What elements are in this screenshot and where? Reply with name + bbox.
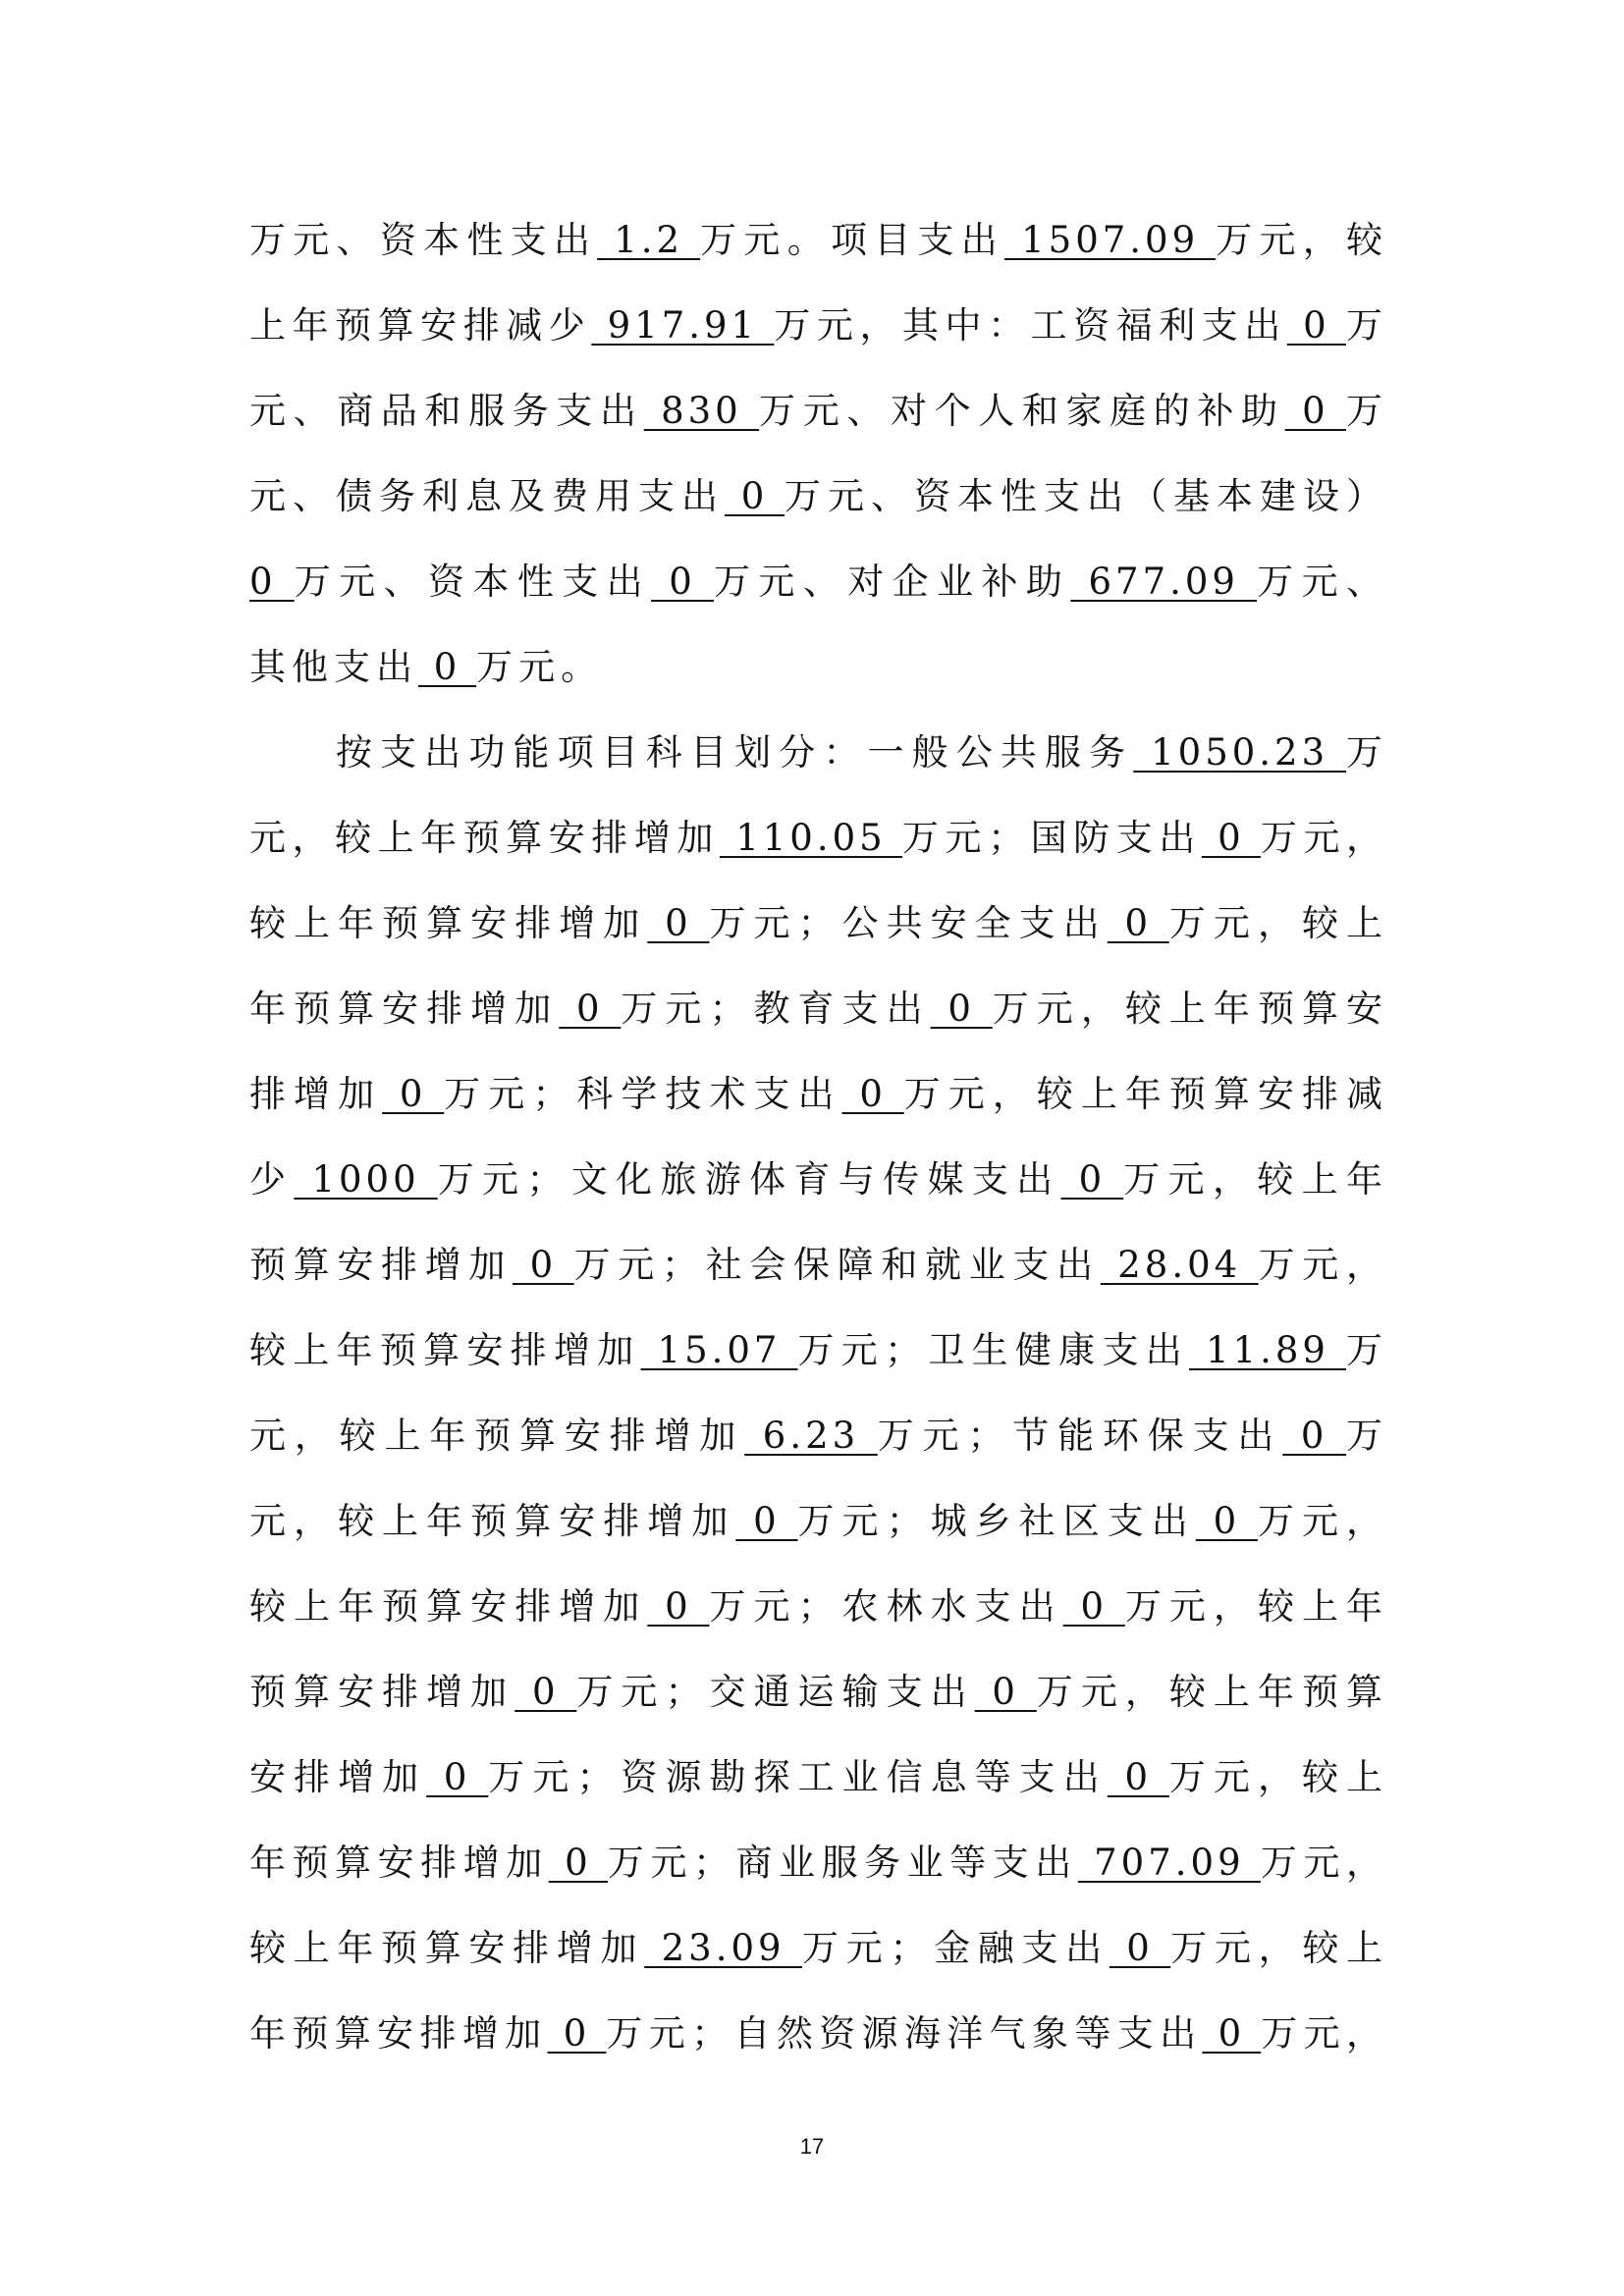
text-segment: 万元，其中：工资福利支出 xyxy=(774,304,1286,347)
underlined-amount: 0 xyxy=(382,1073,444,1115)
underlined-amount: 0 xyxy=(725,475,785,517)
text-segment: 万元、 xyxy=(1257,561,1388,603)
text-segment: 元，较上年预算安排增加 xyxy=(249,817,720,859)
underlined-amount: 6.23 xyxy=(744,1415,878,1457)
text-segment: 较上年预算安排增加 xyxy=(249,902,647,944)
text-line: 年预算安排增加 0 万元；教育支出 0 万元，较上年预算安 xyxy=(249,987,1388,1072)
underlined-amount: 0 xyxy=(651,561,714,603)
text-segment: 少 xyxy=(249,1158,294,1201)
text-segment: 万元；商业服务业等支出 xyxy=(608,1842,1078,1884)
underlined-amount: 0 xyxy=(514,1671,576,1713)
text-line: 0 万元、资本性支出 0 万元、对企业补助 677.09 万元、 xyxy=(249,560,1388,645)
text-segment: 年预算安排增加 xyxy=(249,1842,549,1884)
text-segment: 万 xyxy=(1346,304,1388,347)
text-segment: 万元。项目支出 xyxy=(700,219,1004,261)
text-segment: 万元；交通运输支出 xyxy=(576,1671,974,1713)
underlined-amount: 0 xyxy=(1108,902,1169,944)
text-segment: 万元，较上年预算安排减 xyxy=(904,1073,1388,1115)
text-segment: 万 xyxy=(1346,731,1388,774)
text-line: 元、债务利息及费用支出 0 万元、资本性支出（基本建设） xyxy=(249,474,1388,560)
underlined-amount: 110.05 xyxy=(720,817,902,859)
underlined-amount: 0 xyxy=(548,2012,607,2055)
text-line: 少 1000 万元；文化旅游体育与传媒支出 0 万元，较上年 xyxy=(249,1157,1388,1243)
text-line: 元，较上年预算安排增加 110.05 万元；国防支出 0 万元， xyxy=(249,816,1388,901)
text-segment: 万 xyxy=(1346,390,1388,432)
text-segment: 万元；公共安全支出 xyxy=(709,902,1107,944)
text-line: 年预算安排增加 0 万元；商业服务业等支出 707.09 万元， xyxy=(249,1841,1388,1926)
underlined-amount: 0 xyxy=(647,902,709,944)
text-segment: 万元、对个人和家庭的补助 xyxy=(759,390,1285,432)
text-line: 元，较上年预算安排增加 0 万元；城乡社区支出 0 万元， xyxy=(249,1499,1388,1584)
underlined-amount: 830 xyxy=(644,390,759,432)
document-page: 万元、资本性支出 1.2 万元。项目支出 1507.09 万元，较上年预算安排减… xyxy=(0,0,1624,2296)
text-segment: 元，较上年预算安排增加 xyxy=(249,1415,744,1457)
text-line: 排增加 0 万元；科学技术支出 0 万元，较上年预算安排减 xyxy=(249,1072,1388,1157)
paragraph-first-line: 按支出功能项目科目划分：一般公共服务 1050.23 万 xyxy=(249,730,1388,816)
text-segment: 较上年预算安排增加 xyxy=(249,1927,644,1969)
underlined-amount: 28.04 xyxy=(1101,1244,1259,1286)
underlined-amount: 0 xyxy=(1061,1158,1124,1201)
underlined-amount: 0 xyxy=(735,1500,797,1542)
text-line: 较上年预算安排增加 0 万元；公共安全支出 0 万元，较上 xyxy=(249,901,1388,987)
text-segment: 万元，较上 xyxy=(1169,1756,1388,1798)
text-segment: 万元， xyxy=(1261,1842,1388,1884)
underlined-amount: 0 xyxy=(1287,304,1346,347)
text-line: 上年预算安排减少 917.91 万元，其中：工资福利支出 0 万 xyxy=(249,303,1388,389)
text-line: 较上年预算安排增加 23.09 万元；金融支出 0 万元，较上 xyxy=(249,1926,1388,2011)
text-segment: 按支出功能项目科目划分：一般公共服务 xyxy=(336,731,1133,774)
text-segment: 万元；社会保障和就业支出 xyxy=(574,1244,1101,1286)
underlined-amount: 0 xyxy=(931,988,993,1030)
document-body: 万元、资本性支出 1.2 万元。项目支出 1507.09 万元，较上年预算安排减… xyxy=(249,218,1388,2097)
underlined-amount: 23.09 xyxy=(644,1927,802,1969)
underlined-amount: 0 xyxy=(1282,1415,1346,1457)
text-segment: 万元，较上年 xyxy=(1123,1158,1388,1201)
underlined-amount: 0 xyxy=(647,1585,709,1628)
text-segment: 较上年预算安排增加 xyxy=(249,1585,647,1628)
underlined-amount: 15.07 xyxy=(641,1329,798,1371)
text-segment: 排增加 xyxy=(249,1073,382,1115)
underlined-amount: 0 xyxy=(559,988,621,1030)
text-line: 预算安排增加 0 万元；社会保障和就业支出 28.04 万元， xyxy=(249,1243,1388,1328)
text-line: 元、商品和服务支出 830 万元、对个人和家庭的补助 0 万 xyxy=(249,389,1388,474)
underlined-amount: 0 xyxy=(1108,1756,1169,1798)
text-segment: 万元；自然资源海洋气象等支出 xyxy=(606,2012,1202,2055)
text-line: 较上年预算安排增加 0 万元；农林水支出 0 万元，较上年 xyxy=(249,1584,1388,1670)
text-segment: 万元、资本性支出 xyxy=(295,561,651,603)
text-segment: 元、商品和服务支出 xyxy=(249,390,644,432)
text-line: 安排增加 0 万元；资源勘探工业信息等支出 0 万元，较上 xyxy=(249,1755,1388,1841)
text-segment: 较上年预算安排增加 xyxy=(249,1329,641,1371)
text-segment: 万元， xyxy=(1261,817,1388,859)
text-line: 其他支出 0 万元。 xyxy=(249,645,1388,730)
text-segment: 万元，较上年预算安 xyxy=(993,988,1388,1030)
underlined-amount: 0 xyxy=(1285,390,1346,432)
text-segment: 万元；资源勘探工业信息等支出 xyxy=(488,1756,1107,1798)
underlined-amount: 0 xyxy=(249,561,295,603)
text-segment: 万元、资本性支出 xyxy=(249,219,597,261)
text-segment: 万元，较上 xyxy=(1169,902,1388,944)
text-segment: 万元、对企业补助 xyxy=(714,561,1070,603)
text-line: 较上年预算安排增加 15.07 万元；卫生健康支出 11.89 万 xyxy=(249,1328,1388,1414)
text-line: 万元、资本性支出 1.2 万元。项目支出 1507.09 万元，较 xyxy=(249,218,1388,303)
text-segment: 元、债务利息及费用支出 xyxy=(249,475,725,517)
text-segment: 万 xyxy=(1346,1329,1388,1371)
text-segment: 万元；城乡社区支出 xyxy=(798,1500,1196,1542)
underlined-amount: 1000 xyxy=(294,1158,437,1201)
text-segment: 元，较上年预算安排增加 xyxy=(249,1500,735,1542)
text-segment: 万元， xyxy=(1258,1500,1388,1542)
underlined-amount: 1.2 xyxy=(597,219,700,261)
underlined-amount: 0 xyxy=(842,1073,904,1115)
text-segment: 年预算安排增加 xyxy=(249,988,559,1030)
text-segment: 万元，较上 xyxy=(1170,1927,1388,1969)
underlined-amount: 1507.09 xyxy=(1004,219,1216,261)
underlined-amount: 0 xyxy=(1202,2012,1261,2055)
text-segment: 万元，较上年 xyxy=(1125,1585,1388,1628)
text-line: 元，较上年预算安排增加 6.23 万元；节能环保支出 0 万 xyxy=(249,1414,1388,1499)
underlined-amount: 917.91 xyxy=(591,304,774,347)
page-number: 17 xyxy=(0,2134,1624,2160)
underlined-amount: 11.89 xyxy=(1189,1329,1346,1371)
underlined-amount: 0 xyxy=(513,1244,573,1286)
text-segment: 万元；卫生健康支出 xyxy=(798,1329,1190,1371)
text-line: 预算安排增加 0 万元；交通运输支出 0 万元，较上年预算 xyxy=(249,1670,1388,1755)
text-segment: 万元， xyxy=(1259,1244,1388,1286)
text-segment: 万元；文化旅游体育与传媒支出 xyxy=(438,1158,1061,1201)
underlined-amount: 0 xyxy=(1202,817,1261,859)
text-segment: 年预算安排增加 xyxy=(249,2012,548,2055)
underlined-amount: 0 xyxy=(975,1671,1037,1713)
underlined-amount: 0 xyxy=(1196,1500,1258,1542)
underlined-amount: 707.09 xyxy=(1078,1842,1261,1884)
underlined-amount: 0 xyxy=(549,1842,608,1884)
text-segment: 预算安排增加 xyxy=(249,1244,513,1286)
text-segment: 万元；节能环保支出 xyxy=(878,1415,1283,1457)
underlined-amount: 1050.23 xyxy=(1133,731,1346,774)
text-segment: 万元；国防支出 xyxy=(902,817,1202,859)
underlined-amount: 0 xyxy=(1063,1585,1125,1628)
text-segment: 万 xyxy=(1346,1415,1388,1457)
text-segment: 万元，较上年预算 xyxy=(1037,1671,1388,1713)
underlined-amount: 0 xyxy=(1110,1927,1170,1969)
text-segment: 万元。 xyxy=(476,646,603,688)
underlined-amount: 677.09 xyxy=(1070,561,1257,603)
underlined-amount: 0 xyxy=(418,646,476,688)
text-segment: 万元；农林水支出 xyxy=(709,1585,1062,1628)
text-segment: 万元、资本性支出（基本建设） xyxy=(785,475,1388,517)
underlined-amount: 0 xyxy=(426,1756,488,1798)
text-segment: 万元；金融支出 xyxy=(802,1927,1110,1969)
text-segment: 万元；科学技术支出 xyxy=(444,1073,841,1115)
text-segment: 万元；教育支出 xyxy=(621,988,930,1030)
text-segment: 预算安排增加 xyxy=(249,1671,514,1713)
text-segment: 万元，较 xyxy=(1216,219,1388,261)
text-segment: 万元， xyxy=(1261,2012,1388,2055)
text-line: 年预算安排增加 0 万元；自然资源海洋气象等支出 0 万元， xyxy=(249,2011,1388,2097)
text-segment: 安排增加 xyxy=(249,1756,426,1798)
text-segment: 其他支出 xyxy=(249,646,418,688)
text-segment: 上年预算安排减少 xyxy=(249,304,591,347)
